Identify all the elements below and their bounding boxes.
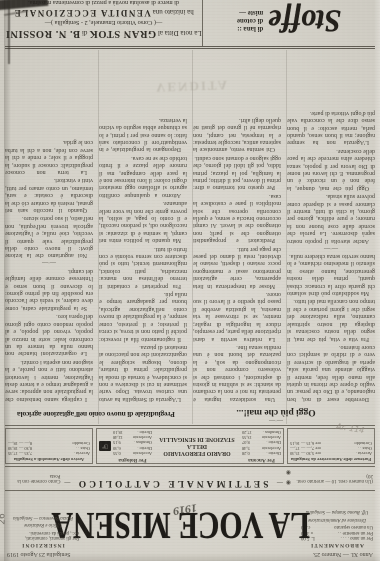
issue-number: Anno XI. — Numero 25. (313, 551, 373, 557)
price-note: (Un numero cent. 10 — arretrato cent. 20… (291, 474, 373, 484)
paragraph: Ma quando la politica entra nei campi, l… (99, 199, 187, 243)
abbonamenti-row-label: Per un semestre . . (338, 529, 373, 535)
redazione-address: Piazza Roveresca — Senigallia (5, 514, 81, 520)
ad-intro: La nota Ditta al (158, 29, 202, 37)
paragraph: Predicatori e propagandisti ottengono ch… (193, 191, 281, 243)
train-row: Accelerato 5,48 (242, 445, 281, 450)
ad-description: di merce di assoluta novità a prezzi di … (28, 0, 179, 6)
column-separator: —·— (5, 259, 93, 265)
paragraph: L'Agenzia di Senigallia ha avuto una cur… (99, 343, 187, 402)
paragraph: L'Agenzia non ha sempre ragione; ma il b… (287, 108, 375, 145)
columns: Dovrebbe esser di noi, ben ragionando, e… (5, 50, 375, 424)
advertisement: Stoffe di lana :: di cotone miste — ◉ Al… (5, 0, 375, 49)
train-time: 0,28 (242, 451, 250, 456)
headline-separator: —·— (217, 417, 335, 423)
schedule-row: Ostra . . 8,30 — 18,30 (8, 446, 90, 451)
train-type: Diretto . (266, 451, 281, 456)
paragraph: Dovrebbe esser di noi, ben ragionando, e… (287, 343, 375, 402)
column-2-paragraphs: Una sordidezza ingrata è penetrata fra n… (193, 115, 281, 401)
autocorriere-title: Partenze delle Autocorriere da Senigalli… (290, 457, 372, 462)
train-type: Diretto . (266, 440, 281, 445)
schedule-row-time: ore 6,15 — 16,15 (290, 440, 321, 445)
train-time: 13,55 (242, 435, 252, 440)
paragraph: Oggi più che mai, dunque, la fede non è … (287, 146, 375, 190)
manicule-icon: ☞ (99, 441, 111, 451)
inserzioni-row-label: ecc., prezzi da convenirsi. (29, 529, 79, 535)
schedule-row-time: 8,30 — 18,30 (8, 446, 32, 451)
ad-brand: GRAN STOK (89, 28, 156, 39)
schedule-row-time: 8,— — 18,— (8, 440, 32, 445)
paragraph: I capilega sanno benissimo che la pregiu… (5, 357, 93, 401)
schedule-row-time: ore 5,30 — 15,30 (290, 451, 321, 456)
inserzioni-row: Per gli annunzi, comunicati, (5, 535, 81, 541)
ancona-column: Per Ancona Diretto . 0,28 Accelerato (242, 430, 281, 462)
ad-line-store: La nota Ditta al GRAN STOK di B. N. ROSS… (5, 28, 201, 39)
ancona-header: Per Ancona (242, 457, 281, 462)
schedules-band: Partenze delle Autocorriere da Senigalli… (5, 425, 375, 466)
schedule-row: Arcevia . 7,35 — 17,35 (8, 451, 90, 456)
autocorriere-rows: Arcevia . ore 5,30 — 15,30 Ostra . . ore… (290, 440, 372, 456)
direzione-address: Uff. Buona Stampa — Senigallia (299, 508, 375, 514)
column-3: L'Agenzia di Senigallia ha avuto una cur… (99, 50, 193, 424)
train-type: Diretto . (137, 445, 152, 450)
train-time: 5,48 (242, 445, 250, 450)
abbonamenti-title: ABBONAMENTI (299, 541, 375, 547)
ad-sale-intro: ha iniziato una (153, 8, 194, 16)
article-area: —·— Oggi più che mai!... Pregiudiziale d… (5, 50, 375, 424)
schedule-row: Arcevia . ore 5,30 — 15,30 (290, 451, 372, 456)
train-row: Accelerato 0,55 (113, 451, 152, 456)
ancona-rows: Diretto . 0,28 Accelerato 5,48 (242, 430, 281, 456)
train-type: Diretto . (137, 430, 152, 435)
paragraph: Se la pregiudiziale cadrà, come deve cad… (5, 266, 93, 310)
newspaper-sheet-rotated-180: Anno XI. — Numero 25. Senigallia 23 Agos… (0, 0, 380, 561)
headline-editorial: Oggi più che mai!... (207, 407, 345, 417)
schedule-row-label: Arcevia . (74, 451, 90, 456)
train-time: 8,07 (242, 440, 250, 445)
paragraph: Ma soddisfatto può dirsi soltanto chi gu… (287, 252, 375, 296)
train-type: Omnibus . (134, 440, 152, 445)
train-time: 18,10 (113, 430, 123, 435)
paragraph: Per questo noi torniamo a dire: prima il… (193, 153, 281, 190)
bologna-column: Per Bologna Accelerato 0,55 Diretto . (113, 430, 152, 462)
train-time: 0,55 (113, 451, 121, 456)
subtitle-row: (Un numero cent. 10 — arretrato cent. 20… (5, 466, 375, 491)
dateline: Senigallia 23 Agosto 1919 (7, 551, 71, 557)
train-type: Omnibus . (263, 430, 281, 435)
ad-di: di (82, 29, 87, 37)
ad-line-sale: ha iniziato una VENDITA ECCEZIONALE (13, 8, 194, 18)
paragraph: La terra non conosce pregiudiziali: cono… (5, 138, 93, 175)
schedule-row-label: Ostra . . (358, 446, 372, 451)
ad-left-cell: Stoffe di lana :: di cotone miste — ◉ Al… (203, 0, 375, 46)
schedule-row-time: ore 7,— — 17,— (290, 446, 321, 451)
column-separator: —·— (287, 245, 375, 251)
abbonamenti-row: Per un semestre . . » 3,00 (299, 529, 375, 535)
paragraph: Le organizzazioni bianche non hanno null… (5, 312, 93, 356)
inserzioni-title: INSERZIONI (5, 541, 81, 547)
train-type: Accelerato (133, 435, 152, 440)
redazione-line: Ufficio e Redazione (5, 522, 81, 528)
column-1: Dovrebbe esser di noi, ben ragionando, e… (287, 50, 375, 424)
schedule-row-time: 7,35 — 17,35 (8, 451, 32, 456)
paragraph: La relativa servitù a darsi ripetizione … (193, 290, 281, 342)
ad-product-line: di cotone (237, 16, 263, 24)
paragraph: Il ragionamento fila al rovescio: poiché… (99, 290, 187, 342)
ad-address: —( Corso Vittorio Emanuele, 2 - Senigall… (45, 19, 162, 26)
ad-owner: B. N. ROSSINI (5, 28, 80, 39)
train-row: Omnibus . 9,15 (113, 440, 152, 445)
schedule-row: Ostra . . ore 7,— — 17,— (290, 446, 372, 451)
paragraph: Attorno a qualunque conflitto agrario si… (99, 153, 187, 197)
train-time: 12,48 (113, 435, 123, 440)
column-4-paragraphs-top: I capilega sanno benissimo che la pregiu… (5, 266, 93, 401)
paragraph: Fra proprietari e contadini il terreno d… (99, 244, 187, 288)
headline-lead-article: Pregiudiziale di nuovo conio nell'agitaz… (5, 410, 189, 419)
column-4-paragraphs-bottom: Noi auguriamo che la lezione giovi: il n… (5, 138, 93, 259)
schedule-row-label: Corinaldo (72, 440, 90, 445)
abbonamenti-row-label: Per un anno . . . . (340, 535, 373, 541)
subtitle-text: SETTIMANALE CATTOLICO (76, 479, 269, 489)
autocorriere-box: Partenze delle Autocorriere da Senigalli… (287, 428, 375, 464)
postal-note: Conto corrente con la Posta (7, 474, 61, 484)
train-type: Accelerato (262, 435, 281, 440)
automobili-title: Arrivo delle Automobili a Senigallia (8, 457, 90, 462)
train-time: 17,20 (242, 430, 252, 435)
direzione-line: Direzione ed Amministrazione (299, 516, 375, 522)
automobili-box: Arrivo delle Automobili a Senigallia Arc… (5, 428, 93, 464)
schedule-row-label: Corinaldo (354, 440, 372, 445)
inserzioni-row: ecc., prezzi da convenirsi. (5, 529, 81, 535)
automobili-rows: Arcevia . 7,35 — 17,35 Ostra . . 8,30 — … (8, 440, 90, 456)
abbonamenti-rows: Per un anno . . . . L. 5,00 Per un semes… (299, 524, 375, 541)
scanned-newspaper-screenshot: Anno XI. — Numero 25. Senigallia 23 Agos… (0, 0, 380, 561)
ornament-left-icon: ◉— (274, 480, 291, 486)
column-1-paragraphs-bottom: Anche stavolta il popolo nostro saprà di… (287, 108, 375, 243)
abbonamenti-row: Per un anno . . . . L. 5,00 (299, 535, 375, 541)
train-type: Accelerato (133, 451, 152, 456)
bologna-rows: Accelerato 0,55 Diretto . 6,30 (113, 430, 152, 456)
railway-timetable: Per Ancona Diretto . 0,28 Accelerato (96, 428, 284, 464)
ad-product-line: miste — (237, 8, 263, 16)
column-4: I capilega sanno benissimo che la pregiu… (5, 50, 99, 424)
column-1-paragraphs-top: Dovrebbe esser di noi, ben ragionando, e… (287, 252, 375, 402)
inserzioni-rows: Per gli annunzi, comunicati, ecc., prezz… (5, 529, 81, 540)
ad-big-word: Stoffe (268, 2, 341, 38)
newspaper-page: Anno XI. — Numero 25. Senigallia 23 Agos… (5, 4, 375, 558)
paragraph: Una sordidezza ingrata è penetrata fra n… (193, 343, 281, 402)
ink-bleedthrough-text: VENDITA (156, 77, 230, 96)
train-time: 9,15 (113, 440, 121, 445)
paragraph: Chi semina vento, ammonisce la sapienza … (193, 115, 281, 152)
ad-right-cell: La nota Ditta al GRAN STOK di B. N. ROSS… (5, 0, 203, 46)
inserzioni-row-label: Per gli annunzi, comunicati, (25, 535, 79, 541)
train-time: 6,30 (113, 445, 121, 450)
inserzioni-box: INSERZIONI Per gli annunzi, comunicati, … (5, 514, 81, 547)
train-row: Accelerato 12,48 (113, 435, 152, 440)
ad-product: Stoffe di lana :: di cotone miste — (237, 3, 341, 37)
paragraph: Fra vita e vita, più che mai, il segno d… (287, 297, 375, 341)
timetable-title: ORARIO FERROVIARIO DELLA STAZIONE DI SEN… (154, 435, 240, 456)
issue-row: Anno XI. — Numero 25. Senigallia 23 Agos… (5, 551, 375, 558)
ad-sale-strong: VENDITA ECCEZIONALE (13, 8, 151, 18)
abbonamenti-box: ABBONAMENTI Per un anno . . . . L. 5,00 … (299, 508, 375, 547)
schedule-row-label: Ostra . . (76, 446, 90, 451)
ad-product-line: di lana :: (237, 24, 263, 32)
abbonamenti-row-label: Un numero separato (334, 524, 373, 530)
schedule-row-label: Arcevia . (356, 451, 372, 456)
paragraph: Noi auguriamo che la lezione giovi: il n… (5, 214, 93, 258)
train-type: Accelerato (262, 445, 281, 450)
timetable-title-line1: ORARIO FERROVIARIO DELLA (154, 442, 240, 456)
subtitle: ◉— SETTIMANALE CATTOLICO —◉ (61, 469, 292, 489)
masthead-row: ABBONAMENTI Per un anno . . . . L. 5,00 … (5, 493, 375, 551)
paragraph: Mosse da inesperienza in lieta apparenza… (193, 244, 281, 288)
column-3-paragraphs: L'Agenzia di Senigallia ha avuto una cur… (99, 115, 187, 401)
paragraph: Anche stavolta il popolo nostro saprà di… (287, 192, 375, 244)
schedule-row: Corinaldo ore 6,15 — 16,15 (290, 440, 372, 445)
timetable-title-line2: STAZIONE DI SENIGALLIA (154, 435, 240, 442)
train-row: Accelerato 13,55 (242, 435, 281, 440)
train-row: Diretto . 0,28 (242, 451, 281, 456)
column-2: Una sordidezza ingrata è penetrata fra n… (193, 50, 287, 424)
paragraph: Depongano la pregiudiziale, e in ventiqu… (99, 115, 187, 152)
paragraph: Quando il raccolto sarà nei granai, rest… (5, 176, 93, 213)
schedule-row: Corinaldo 8,— — 18,— (8, 440, 90, 445)
ad-product-list: di lana :: di cotone miste — (237, 8, 263, 32)
bologna-header: Per Bologna (113, 457, 152, 462)
